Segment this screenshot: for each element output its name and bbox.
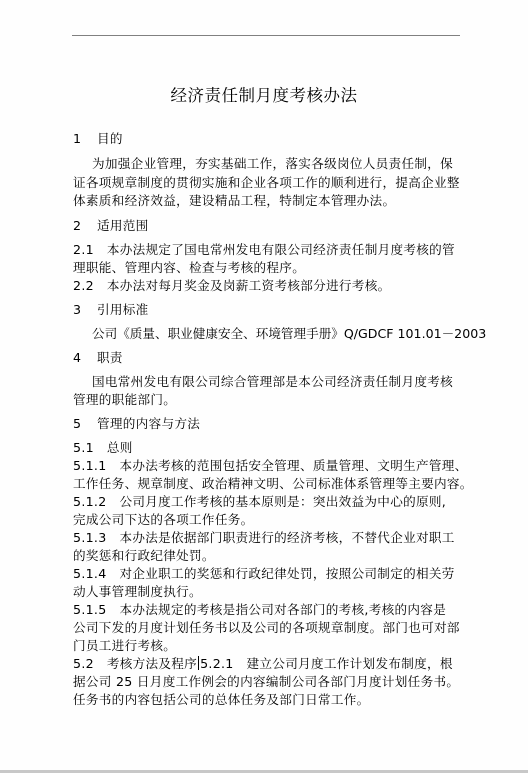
paragraph-line: 的奖惩和行政纪律处罚。 — [73, 548, 463, 564]
subsection-heading: 5.1 总则 — [73, 440, 463, 456]
paragraph-line: 证各项规章制度的贯彻实施和企业各项工作的顺利进行，提高企业整 — [73, 175, 463, 191]
section-heading-2: 2适用范围 — [73, 218, 463, 234]
section-title: 引用标准 — [97, 302, 149, 317]
paragraph-line: 2.2 本办法对每月奖金及岗薪工资考核部分进行考核。 — [73, 278, 463, 294]
paragraph-line: 国电常州发电有限公司综合管理部是本公司经济责任制月度考核 — [92, 374, 482, 390]
paragraph-line: 5.2 考核方法及程序5.2.1 建立公司月度工作计划发布制度，根 — [73, 656, 463, 672]
paragraph-line: 工作任务、规章制度、政治精神文明、公司标准体系管理等主要内容。 — [73, 476, 463, 492]
section-heading-1: 1目的 — [73, 131, 463, 147]
paragraph-line: 2.1 本办法规定了国电常州发电有限公司经济责任制月度考核的管 — [73, 242, 463, 258]
header-rule — [72, 35, 460, 36]
section-number: 2 — [73, 218, 97, 234]
paragraph-line: 公司下发的月度计划任务书以及公司的各项规章制度。部门也可对部 — [73, 620, 463, 636]
subsection-heading: 5.2 考核方法及程序 — [73, 656, 197, 671]
paragraph-line: 公司《质量、职业健康安全、环境管理手册》Q/GDCF 101.01－2003 — [92, 326, 482, 342]
section-heading-5: 5管理的内容与方法 — [73, 416, 463, 432]
paragraph-line: 5.1.1 本办法考核的范围包括安全管理、质量管理、文明生产管理、 — [73, 458, 463, 474]
paragraph-line: 为加强企业管理，夯实基础工作，落实各级岗位人员责任制，保 — [92, 156, 482, 172]
paragraph-line: 5.1.2 公司月度工作考核的基本原则是：突出效益为中心的原则, — [73, 494, 463, 510]
paragraph-text: 5.2.1 建立公司月度工作计划发布制度，根 — [200, 656, 453, 671]
paragraph-line: 5.1.5 本办法规定的考核是指公司对各部门的考核,考核的内容是 — [73, 602, 463, 618]
paragraph-line: 动人事管理制度执行。 — [73, 584, 463, 600]
section-number: 3 — [73, 302, 97, 318]
section-number: 5 — [73, 416, 97, 432]
section-number: 1 — [73, 131, 97, 147]
section-title: 目的 — [97, 131, 123, 146]
section-heading-4: 4职责 — [73, 350, 463, 366]
section-title: 职责 — [97, 350, 123, 365]
paragraph-line: 管理的职能部门。 — [73, 392, 463, 408]
paragraph-line: 据公司 25 日月度工作例会的内容编制公司各部门月度计划任务书。 — [73, 674, 463, 690]
document-title: 经济责任制月度考核办法 — [0, 82, 528, 106]
paragraph-line: 5.1.3 本办法是依据部门职责进行的经济考核，不替代企业对职工 — [73, 530, 463, 546]
text-cursor — [198, 656, 199, 670]
section-number: 4 — [73, 350, 97, 366]
section-title: 适用范围 — [97, 218, 149, 233]
paragraph-line: 门员工进行考核。 — [73, 638, 463, 654]
paragraph-line: 体素质和经济效益，建设精品工程，特制定本管理办法。 — [73, 193, 463, 209]
paragraph-line: 完成公司下达的各项工作任务。 — [73, 512, 463, 528]
paragraph-line: 理职能、管理内容、检查与考核的程序。 — [73, 260, 463, 276]
section-title: 管理的内容与方法 — [97, 416, 200, 431]
paragraph-line: 任务书的内容包括公司的总体任务及部门日常工作。 — [73, 692, 463, 708]
paragraph-line: 5.1.4 对企业职工的奖惩和行政纪律处罚，按照公司制定的相关劳 — [73, 566, 463, 582]
section-heading-3: 3引用标准 — [73, 302, 463, 318]
